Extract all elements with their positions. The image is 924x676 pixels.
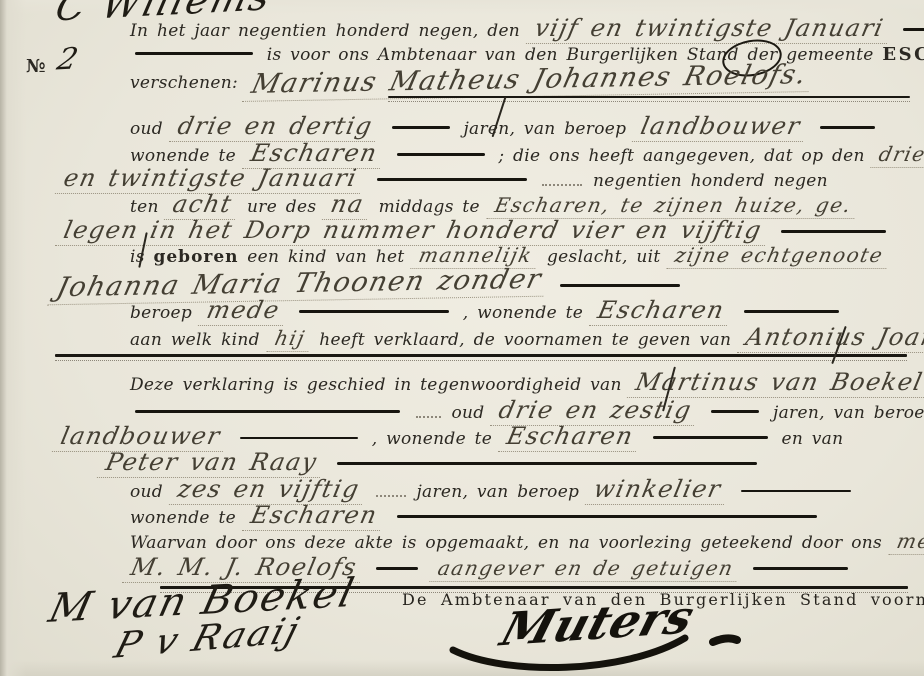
act-line-date: In het jaar negentien honderd negen, den… (130, 14, 924, 44)
field-witness2-residence: Escharen (242, 501, 387, 531)
strike-rule (392, 126, 450, 129)
field-house-address: legen in het Dorp nummer honderd vier en… (55, 216, 771, 246)
dotted-guide (388, 101, 910, 102)
strike-rule (560, 284, 680, 287)
printed-text: Deze verklaring is geschied in tegenwoor… (130, 375, 622, 395)
witness-line-4: Peter van Raay (100, 448, 762, 478)
printed-text: wonende te (130, 508, 236, 528)
printed-text: ten (130, 197, 159, 217)
printed-text: verschenen: (130, 73, 238, 93)
printed-text: heeft verklaard, de voornamen te geven v… (319, 330, 731, 350)
act-line-declarant: verschenen: Marinus Matheus Johannes Roe… (130, 64, 811, 97)
dotted-guide (376, 480, 406, 497)
dotted-guide (416, 401, 441, 418)
witness-line-6: wonende te Escharen (130, 501, 822, 531)
printed-text: geslacht, uit (547, 247, 660, 267)
printed-text: ; die ons heeft aangegeven, dat op den (498, 146, 864, 166)
strike-rule (299, 310, 449, 313)
printed-bold-geboren: geboren (153, 247, 238, 267)
section-separator-rule (55, 354, 907, 357)
strike-rule (397, 515, 817, 518)
strike-rule (781, 230, 886, 233)
act-number-label: № (26, 56, 46, 77)
field-witness2-name: Peter van Raay (97, 448, 326, 478)
printed-text: middags te (379, 197, 480, 217)
printed-text: negentien honderd negen (593, 171, 828, 191)
strike-rule (240, 437, 358, 439)
hand-insert-hij: hij (266, 326, 314, 352)
strike-rule (711, 410, 759, 413)
field-mother-occupation: mede (198, 296, 289, 326)
printed-text: en van (781, 429, 843, 449)
strike-rule (741, 490, 851, 492)
signature-official: Muters (505, 596, 690, 650)
printed-text: In het jaar negentien honderd negen, den (130, 21, 520, 41)
printed-text: , wonende te (463, 303, 583, 323)
act-line-age-occupation: oud drie en dertig jaren, van beroep lan… (130, 112, 880, 142)
field-spouse-intro: zijne echtgenoote (666, 243, 892, 269)
printed-text: , wonende te (372, 429, 492, 449)
strike-rule (744, 310, 839, 313)
closing-line-1: Waarvan door ons deze akte is opgemaakt,… (130, 529, 924, 555)
act-number-value: 2 (54, 41, 84, 77)
printed-text: oud (130, 482, 163, 502)
dotted-guide (542, 169, 582, 186)
hand-met-den: met den (888, 529, 924, 555)
municipality-name: ESCHAREN, (882, 44, 924, 65)
dotted-guide (55, 360, 907, 361)
strike-rule (397, 153, 485, 156)
strike-rule (820, 126, 875, 129)
strike-rule (135, 52, 253, 55)
printed-text: aan welk kind (130, 330, 260, 350)
strike-rule (753, 567, 848, 570)
field-date-of-act: vijf en twintigste Januari (526, 14, 893, 44)
printed-text: een kind van het (247, 247, 404, 267)
printed-text: oud (451, 403, 484, 423)
field-declarant-age: drie en dertig (168, 112, 381, 142)
field-child-given-names: Antonius Joannes (737, 323, 924, 353)
field-mother-residence: Escharen (589, 296, 734, 326)
strike-rule (337, 462, 757, 465)
field-declarant-occupation: landbouwer (632, 112, 810, 142)
act-line-house-number: legen in het Dorp nummer honderd vier en… (58, 216, 891, 246)
field-birth-day-part1: drie (871, 142, 924, 168)
printed-text: jaren, van beroep (416, 482, 579, 502)
act-line-mother-occupation: beroep mede , wonende te Escharen (130, 296, 844, 326)
separator-rule (388, 96, 910, 98)
strike-rule (135, 410, 400, 413)
printed-text: jaren, van beroep (463, 119, 626, 139)
witness-line-1: Deze verklaring is geschied in tegenwoor… (130, 368, 924, 398)
strike-rule (377, 178, 527, 181)
printed-text: jaren, van beroep (773, 403, 924, 423)
printed-text: wonende te (130, 146, 236, 166)
strike-rule (376, 567, 418, 570)
printed-text: ure des (247, 197, 316, 217)
hand-aangever-getuigen: aangever en de getuigen (429, 556, 742, 582)
strike-rule (653, 436, 768, 439)
printed-text: beroep (130, 303, 192, 323)
act-line-child-names: aan welk kind hij heeft verklaard, de vo… (130, 323, 924, 353)
printed-text: Waarvan door ons deze akte is opgemaakt,… (130, 533, 882, 553)
printed-text: oud (130, 119, 163, 139)
birth-certificate-scan: C Willems In het jaar negentien honderd … (0, 0, 924, 676)
signature-flourish-swash (445, 624, 765, 674)
strike-rule (903, 28, 924, 31)
